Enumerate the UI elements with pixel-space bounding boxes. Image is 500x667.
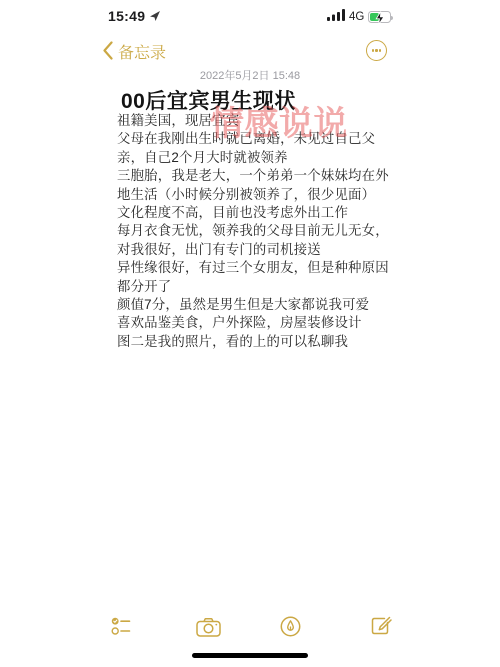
status-time: 15:49: [108, 8, 145, 24]
note-line: 文化程度不高，目前也没考虑外出工作: [117, 204, 389, 222]
note-line: 喜欢品鉴美食，户外探险，房屋装修设计: [117, 314, 389, 332]
home-indicator[interactable]: [192, 653, 308, 658]
note-body[interactable]: 祖籍美国，现居宜宾父母在我刚出生时就已离婚，未见过自己父亲，自己2个月大时就被领…: [117, 112, 389, 351]
note-line: 颜值7分，虽然是男生但是大家都说我可爱: [117, 296, 389, 314]
markup-button[interactable]: [280, 616, 301, 637]
compose-icon: [370, 615, 392, 637]
camera-icon: [196, 618, 221, 637]
note-date: 2022年5月2日 15:48: [0, 67, 500, 83]
back-to-notes-button[interactable]: 备忘录: [103, 40, 166, 63]
note-line: 每月衣食无忧，领养我的父母目前无儿无女，: [117, 222, 389, 240]
network-type-label: 4G: [349, 11, 364, 23]
note-line: 亲，自己2个月大时就被领养: [117, 149, 389, 167]
chevron-left-icon: [103, 41, 113, 63]
camera-button[interactable]: [196, 618, 221, 637]
status-right-group: 4G: [327, 8, 391, 26]
note-title: 00后宜宾男生现状: [121, 85, 296, 115]
status-bar: 15:49 4G: [0, 0, 500, 30]
note-line: 地生活（小时候分别被领养了，很少见面）: [117, 186, 389, 204]
ellipsis-icon: [372, 49, 374, 51]
note-line: 父母在我刚出生时就已离婚，未见过自己父: [117, 130, 389, 148]
back-button-label: 备忘录: [118, 40, 166, 63]
markup-pen-icon: [280, 616, 301, 637]
note-line: 三胞胎，我是老大，一个弟弟一个妹妹均在外: [117, 167, 389, 185]
note-line: 都分开了: [117, 278, 389, 296]
note-line: 祖籍美国，现居宜宾: [117, 112, 389, 130]
cellular-signal-icon: [327, 8, 345, 26]
note-line: 异性缘很好，有过三个女朋友，但是种种原因: [117, 259, 389, 277]
checklist-button[interactable]: [111, 616, 132, 637]
status-time-group: 15:49: [108, 8, 161, 24]
location-arrow-icon: [149, 10, 161, 22]
nav-bar: 备忘录: [0, 38, 500, 66]
bottom-toolbar: [0, 608, 500, 648]
note-line: 对我很好，出门有专门的司机接送: [117, 241, 389, 259]
note-line: 图二是我的照片，看的上的可以私聊我: [117, 333, 389, 351]
battery-charging-icon: [368, 11, 391, 23]
compose-note-button[interactable]: [370, 615, 392, 637]
more-options-button[interactable]: [366, 40, 387, 61]
notes-app-screen: 15:49 4G: [0, 0, 500, 667]
checklist-icon: [111, 616, 132, 637]
